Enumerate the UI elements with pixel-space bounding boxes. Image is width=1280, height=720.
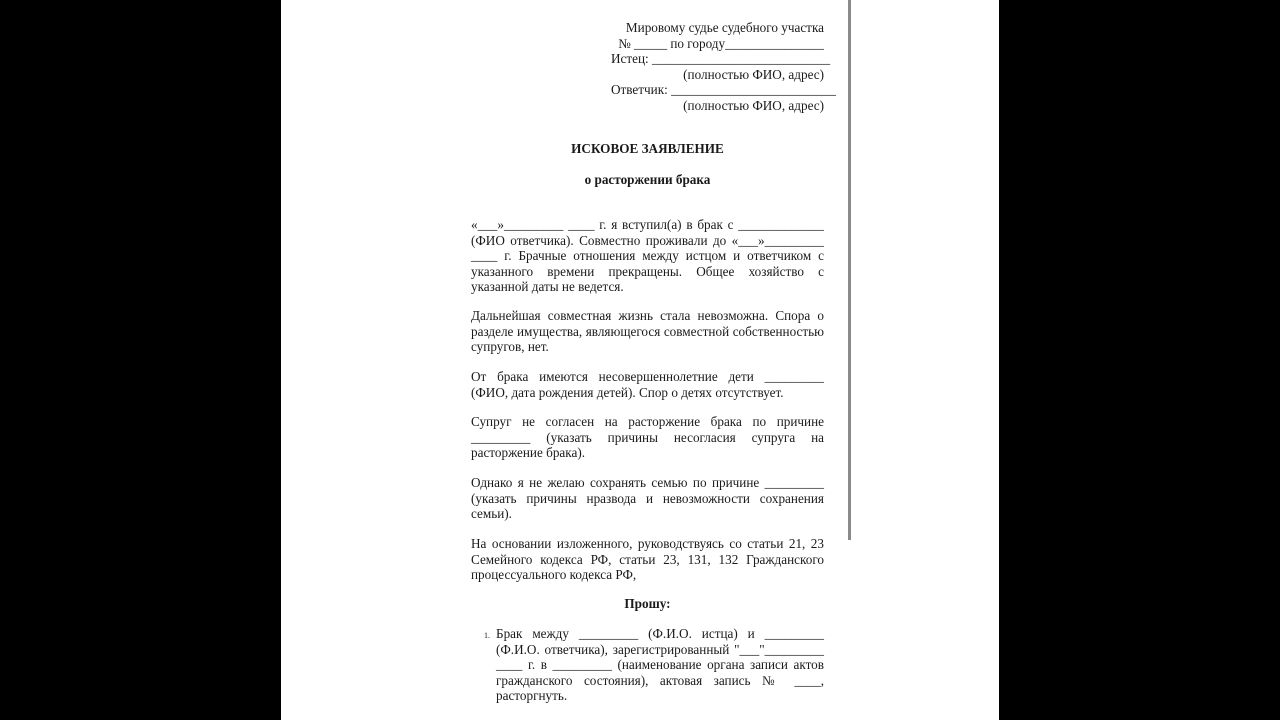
- vertical-scrollbar[interactable]: [848, 0, 851, 540]
- request-number: 1.: [484, 628, 490, 644]
- plaintiff-hint: (полностью ФИО, адрес): [611, 67, 824, 83]
- defendant-hint: (полностью ФИО, адрес): [611, 98, 824, 114]
- paragraph-legal-basis: На основании изложенного, руководствуясь…: [471, 536, 824, 583]
- plaintiff-line: Истец: ___________________________: [611, 51, 824, 67]
- document-title: ИСКОВОЕ ЗАЯВЛЕНИЕ: [471, 141, 824, 157]
- document-subtitle: о расторжении брака: [471, 172, 824, 188]
- addressee-city-line: № _____ по городу_______________: [611, 36, 824, 52]
- request-item: 1. Брак между _________ (Ф.И.О. истца) и…: [496, 626, 824, 704]
- defendant-line: Ответчик: _________________________: [611, 82, 824, 98]
- addressee-court-line: Мировому судье судебного участка: [611, 20, 824, 36]
- addressee-block: Мировому судье судебного участка № _____…: [611, 20, 824, 113]
- request-text: Брак между _________ (Ф.И.О. истца) и __…: [496, 626, 824, 703]
- paragraph-property: Дальнейшая совместная жизнь стала невозм…: [471, 308, 824, 355]
- paragraph-reasons: Однако я не желаю сохранять семью по при…: [471, 475, 824, 522]
- request-heading: Прошу:: [471, 596, 824, 612]
- paragraph-spouse-disagreement: Супруг не согласен на расторжение брака …: [471, 414, 824, 461]
- document-page: Мировому судье судебного участка № _____…: [281, 0, 999, 720]
- paragraph-children: От брака имеются несовершеннолетние дети…: [471, 369, 824, 400]
- paragraph-marriage: «___»_________ ____ г. я вступил(а) в бр…: [471, 217, 824, 295]
